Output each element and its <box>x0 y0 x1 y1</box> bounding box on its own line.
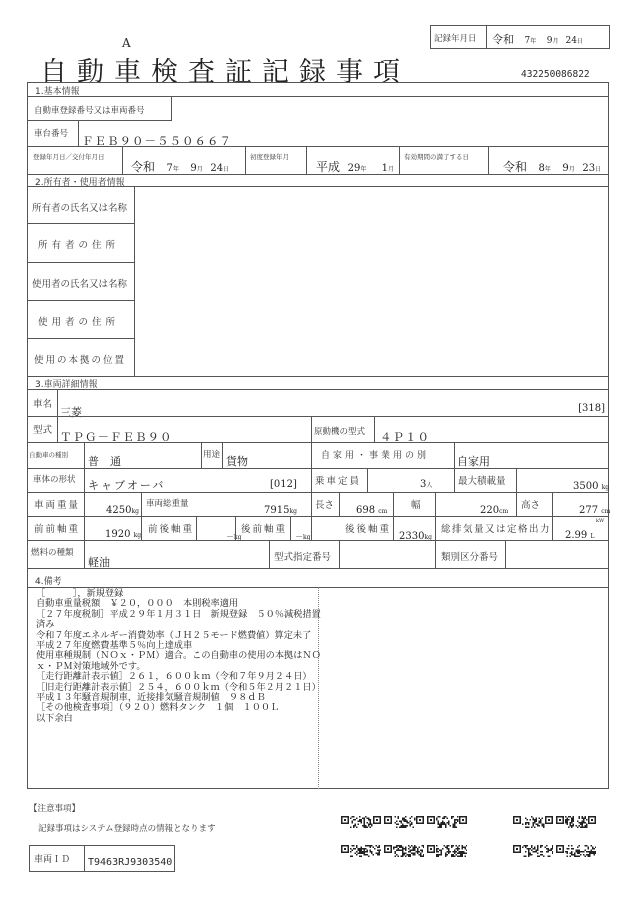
qr-code-icon <box>556 816 578 829</box>
body-shape-value: キャブオーバ <box>88 477 165 493</box>
car-name-value: 三菱 <box>60 404 82 420</box>
car-name-label: 車名 <box>33 396 52 410</box>
notice-heading: 【注意事項】 <box>29 802 80 814</box>
private-commercial-label: 自家用・事業用の別 <box>321 448 429 461</box>
body-shape-label: 車体の形状 <box>33 473 76 485</box>
vehicle-id-value: T9463RJ9303540 <box>88 857 172 868</box>
qr-code-icon <box>341 845 363 858</box>
first-registration-label: 初度登録年月 <box>250 152 289 161</box>
fuel-type-label: 燃料の種類 <box>31 546 74 558</box>
qr-code-icon <box>556 845 578 858</box>
max-load-label: 最大積載量 <box>458 473 506 487</box>
qr-code-icon <box>427 845 449 858</box>
registration-number-label: 自動車登録番号又は車両番号 <box>34 104 145 116</box>
vehicle-kind-label: 自動車の種別 <box>29 450 68 459</box>
remarks-text: ［ ］，新規登録 自動車重量税額 ￥２０，０００ 本則税率適用 ［２７年度税制］… <box>36 589 298 724</box>
vehicle-kind-value: 普 通 <box>88 453 121 469</box>
qr-code-icon <box>427 816 449 829</box>
model-label: 型式 <box>33 422 52 436</box>
qr-code-icon <box>384 845 406 858</box>
owner-address-label: 所有者の住所 <box>38 237 119 251</box>
seating-capacity-value: 3人 <box>420 479 432 490</box>
qr-code-icon <box>384 816 406 829</box>
user-name-label: 使用者の氏名又は名称 <box>32 276 127 290</box>
gross-weight-value: 7915kg <box>264 505 297 516</box>
front-front-axle-label: 前前軸重 <box>34 521 80 535</box>
engine-model-label: 原動機の型式 <box>314 425 365 437</box>
first-registration-value: 平成 29年 1月 <box>316 158 394 175</box>
height-label: 高さ <box>521 497 540 511</box>
purpose-value: 貨物 <box>226 453 248 469</box>
private-commercial-value: 自家用 <box>457 453 490 469</box>
user-address-label: 使用者の住所 <box>38 314 119 328</box>
chassis-number-label: 車台番号 <box>34 127 68 139</box>
qr-code-icon <box>513 816 535 829</box>
record-date-label: 記録年月日 <box>434 32 477 44</box>
form-mark: A <box>122 36 131 50</box>
document-number: 432250086822 <box>521 69 590 80</box>
vehicle-weight-label: 車両重量 <box>34 497 80 511</box>
car-name-code: [318] <box>578 403 605 414</box>
base-location-label: 使用の本拠の位置 <box>34 352 126 366</box>
max-load-value: 3500 kg <box>573 481 609 492</box>
displacement-unit-kw: kW <box>596 518 604 524</box>
record-date-value: 令和 7年 9月 24日 <box>492 31 583 47</box>
expiry-date-label: 有効期間の満了する日 <box>404 152 469 161</box>
gross-weight-label: 車両総重量 <box>146 497 189 509</box>
category-number-label: 類別区分番号 <box>441 549 498 563</box>
front-rear-axle-label: 前後軸重 <box>148 521 194 535</box>
owner-name-label: 所有者の氏名又は名称 <box>32 200 127 214</box>
type-designation-label: 型式指定番号 <box>274 549 331 563</box>
front-front-axle-value: 1920 kg <box>105 529 141 540</box>
vehicle-weight-value: 4250kg <box>106 505 139 516</box>
registration-date-value: 令和 7年 9月 24日 <box>131 158 229 175</box>
purpose-label: 用途 <box>203 448 220 460</box>
notice-text: 記録事項はシステム登録時点の情報となります <box>38 822 216 834</box>
rear-front-axle-label: 後前軸重 <box>241 521 287 535</box>
displacement-label: 総排気量又は定格出力 <box>441 521 551 535</box>
length-value: 698 cm <box>356 505 387 516</box>
length-label: 長さ <box>315 497 334 511</box>
body-shape-code: [012] <box>270 479 297 490</box>
vehicle-id-label: 車両ＩＤ <box>34 852 70 865</box>
width-label: 幅 <box>411 497 421 511</box>
section-remarks-heading: 4.備考 <box>35 574 62 587</box>
width-value: 220cm <box>480 505 508 516</box>
chassis-number-value: ＦＥＢ９０－５５０６６７ <box>82 133 232 149</box>
qr-code-icon <box>341 816 363 829</box>
expiry-date-value: 令和 8年 9月 23日 <box>503 158 601 175</box>
qr-code-icon <box>513 845 535 858</box>
height-value: 277 cm <box>579 505 610 516</box>
registration-date-label: 登録年月日／交付年月日 <box>33 152 105 161</box>
rear-rear-axle-label: 後後軸重 <box>345 521 391 535</box>
seating-capacity-label: 乗車定員 <box>315 473 361 487</box>
